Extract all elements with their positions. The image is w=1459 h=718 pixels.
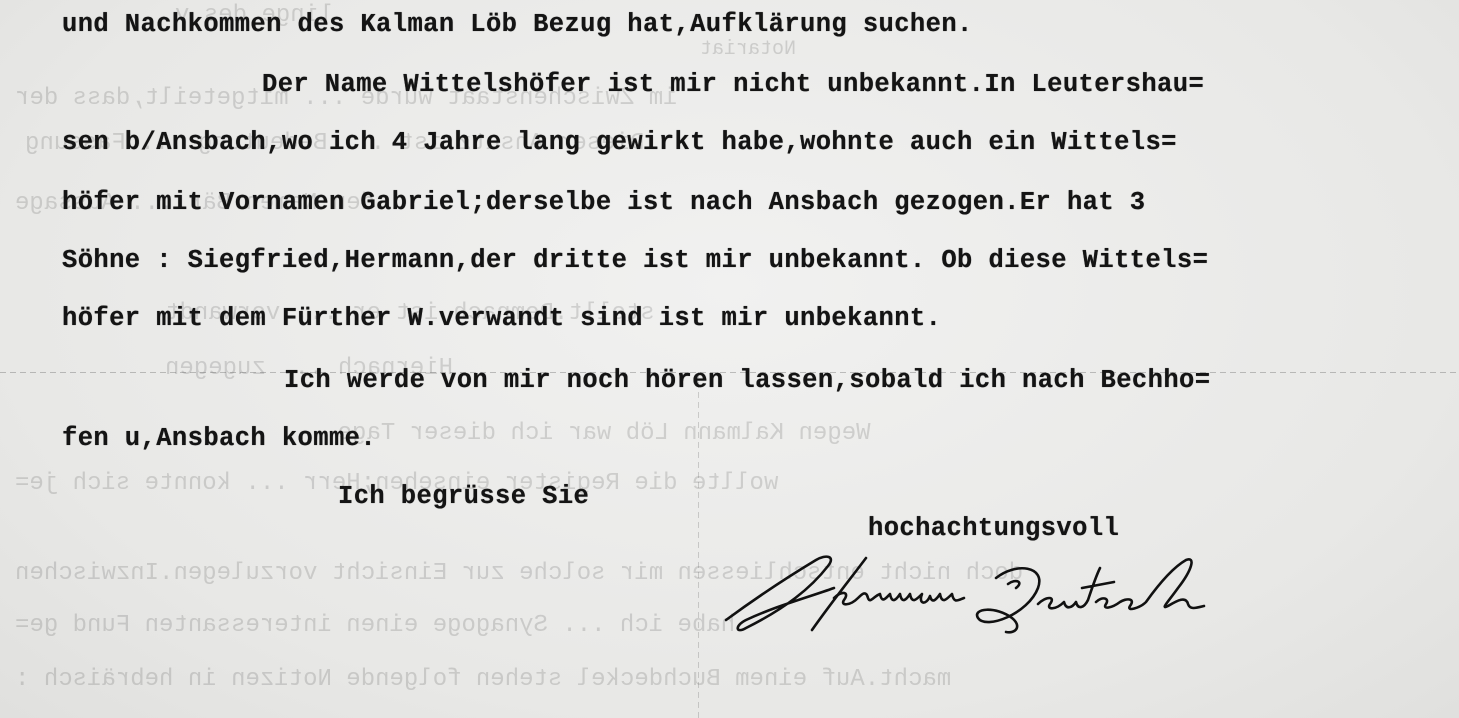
bleed-line: Notariat bbox=[700, 38, 796, 61]
paper-fold-vertical bbox=[698, 372, 699, 718]
greeting: Ich begrüsse Sie bbox=[338, 482, 589, 511]
text-line: fen u,Ansbach komme. bbox=[62, 424, 376, 453]
signature-icon bbox=[716, 548, 1256, 648]
text-line: höfer mit Vornamen Gabriel;derselbe ist … bbox=[62, 188, 1145, 217]
text-line: sen b/Ansbach,wo ich 4 Jahre lang gewirk… bbox=[62, 128, 1177, 157]
bleed-line: habe ich ... Synagoge einen interessante… bbox=[15, 612, 735, 639]
text-line: Söhne : Siegfried,Hermann,der dritte ist… bbox=[62, 246, 1208, 275]
letter-page: linge des v Notariat im Zwischenstaat wu… bbox=[0, 0, 1459, 718]
text-line: Ich werde von mir noch hören lassen,soba… bbox=[284, 366, 1210, 395]
closing: hochachtungsvoll bbox=[868, 514, 1119, 543]
text-line: Der Name Wittelshöfer ist mir nicht unbe… bbox=[262, 70, 1204, 99]
text-line: höfer mit dem Fürther W.verwandt sind is… bbox=[62, 304, 941, 333]
handwritten-signature: Hermann Deutsch bbox=[716, 548, 1256, 648]
bleed-line: macht.Auf einem Buchdeckel stehen folgen… bbox=[15, 666, 951, 693]
text-line: und Nachkommen des Kalman Löb Bezug hat,… bbox=[62, 10, 973, 39]
